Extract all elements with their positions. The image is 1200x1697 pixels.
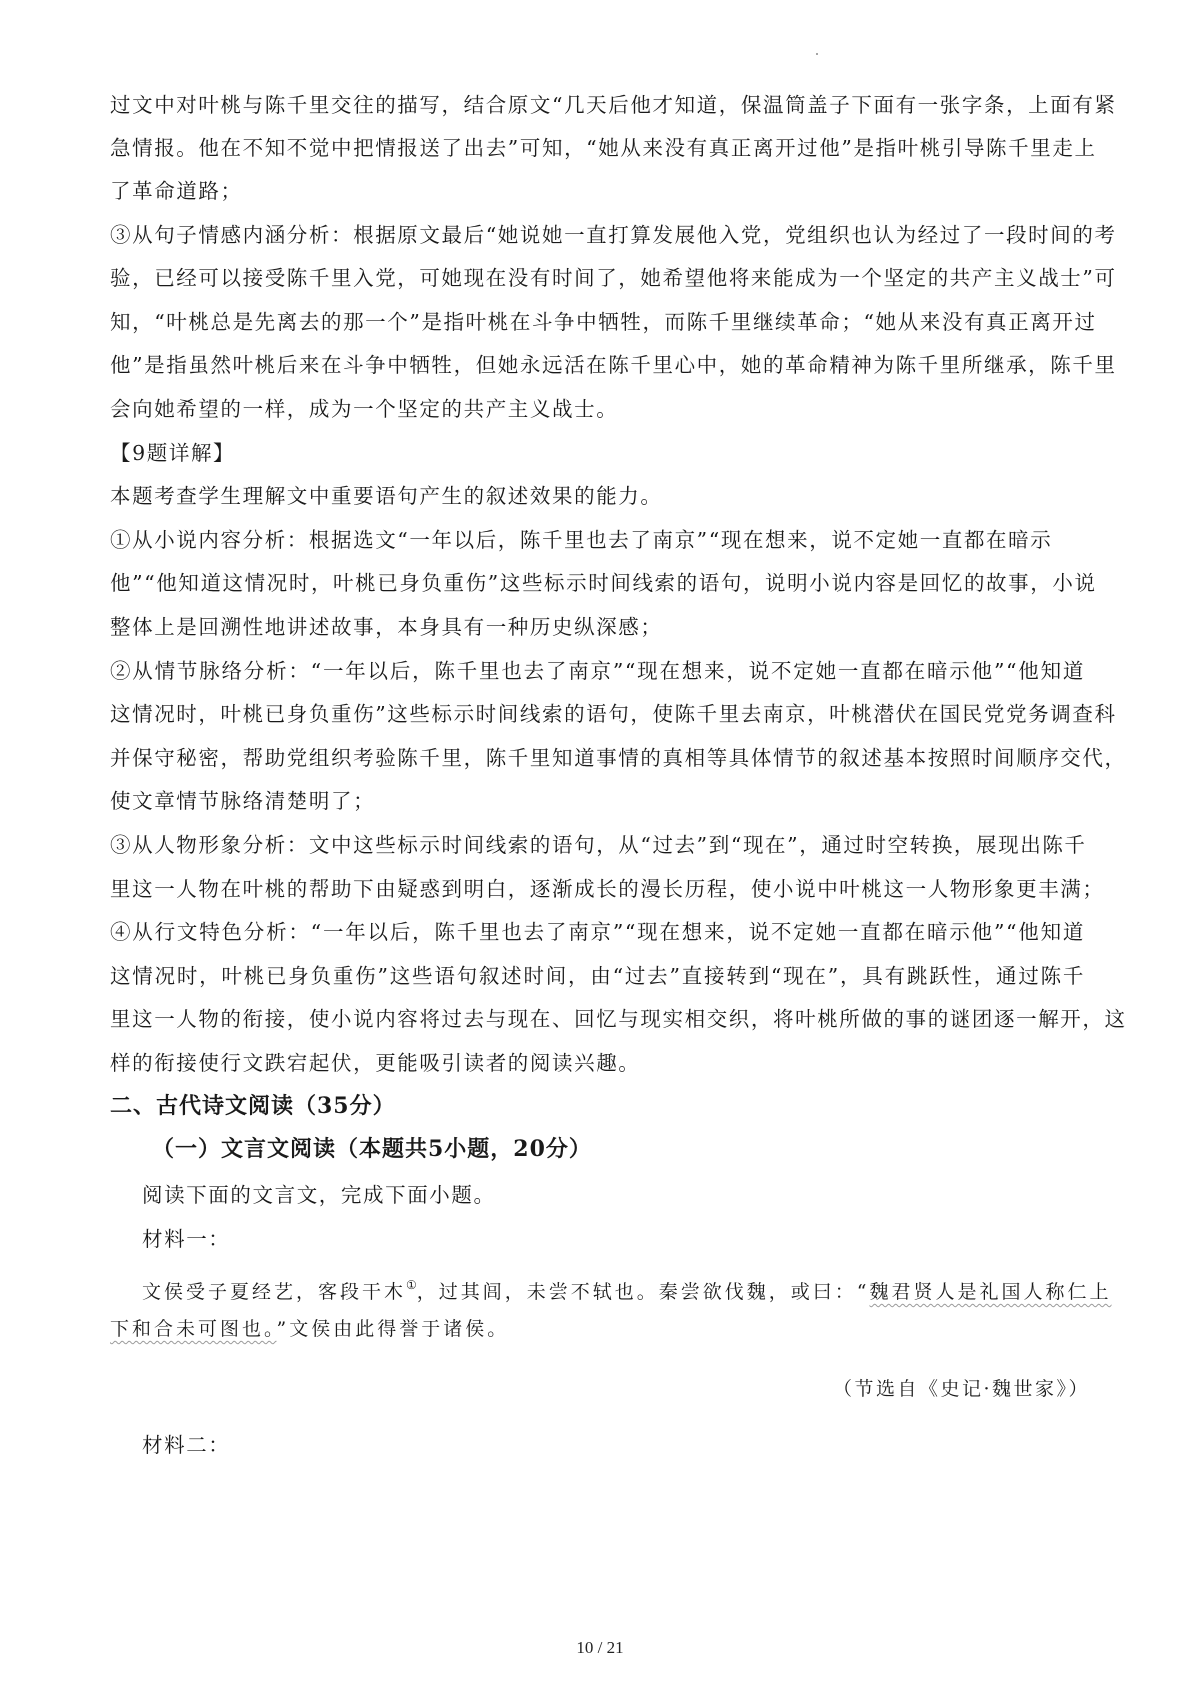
instruction-text: 阅读下面的文言文，完成下面小题。: [142, 1182, 496, 1208]
paragraph-line: 这情况时，叶桃已身负重伤”这些语句叙述时间，由“过去”直接转到“现在”，具有跳跃…: [110, 963, 1085, 989]
material-1-source: （节选自《史记·魏世家》）: [833, 1376, 1090, 1402]
question-9-label: 【9题详解】: [110, 440, 235, 466]
paragraph-line: 他”“他知道这情况时，叶桃已身负重伤”这些标示时间线索的语句，说明小说内容是回忆…: [110, 570, 1085, 596]
paragraph-line: ②从情节脉络分析：“一年以后，陈千里也去了南京”“现在想来，说不定她一直都在暗示…: [110, 658, 1085, 684]
paragraph-line: 里这一人物的衔接，使小说内容将过去与现在、回忆与现实相交织，将叶桃所做的事的谜团…: [110, 1006, 1085, 1032]
underlined-sentence-part2: 下和合未可图也。: [110, 1318, 277, 1340]
paragraph-line: ①从小说内容分析：根据选文“一年以后，陈千里也去了南京”“现在想来，说不定她一直…: [110, 527, 990, 553]
paragraph-line: 整体上是回溯性地讲述故事，本身具有一种历史纵深感；: [110, 614, 663, 640]
material-1-text: 文侯受子夏经艺，客段干木①，过其闾，未尝不轼也。秦尝欲伐魏，或曰：“魏君贤人是礼…: [142, 1272, 1085, 1305]
section-heading: 二、古代诗文阅读（35分）: [110, 1093, 396, 1119]
paragraph-line: 使文章情节脉络清楚明了；: [110, 788, 375, 814]
material-1-part1: 文侯受子夏经艺，客段干木: [142, 1281, 406, 1303]
paragraph-line: 了革命道路；: [110, 178, 243, 204]
scan-speck: [816, 53, 818, 55]
paragraph-line: 本题考查学生理解文中重要语句产生的叙述效果的能力。: [110, 483, 663, 509]
material-1-text-cont: 下和合未可图也。”文侯由此得誉于诸侯。: [110, 1316, 509, 1342]
underlined-sentence-part1: 魏君贤人是礼国人称仁上: [870, 1281, 1112, 1303]
paragraph-line: 他”是指虽然叶桃后来在斗争中牺牲，但她永远活在陈千里心中，她的革命精神为陈千里所…: [110, 352, 1085, 378]
paragraph-line: ④从行文特色分析：“一年以后，陈千里也去了南京”“现在想来，说不定她一直都在暗示…: [110, 919, 1085, 945]
material-2-label: 材料二：: [142, 1432, 230, 1458]
paragraph-line: ③从句子情感内涵分析：根据原文最后“她说她一直打算发展他入党，党组织也认为经过了…: [110, 222, 1085, 248]
material-1-part3: ”文侯由此得誉于诸侯。: [277, 1318, 510, 1340]
paragraph-line: 样的衔接使行文跌宕起伏，更能吸引读者的阅读兴趣。: [110, 1050, 640, 1076]
paragraph-line: 会向她希望的一样，成为一个坚定的共产主义战士。: [110, 396, 618, 422]
paragraph-line: 过文中对叶桃与陈千里交往的描写，结合原文“几天后他才知道，保温筒盖子下面有一张字…: [110, 92, 1085, 118]
paragraph-line: 知，“叶桃总是先离去的那一个”是指叶桃在斗争中牺牲，而陈千里继续革命；“她从来没…: [110, 309, 1085, 335]
material-1-label: 材料一：: [142, 1226, 230, 1252]
page-number: 10 / 21: [0, 1638, 1200, 1658]
paragraph-line: 并保守秘密，帮助党组织考验陈千里，陈千里知道事情的真相等具体情节的叙述基本按照时…: [110, 745, 1085, 771]
paragraph-line: 里这一人物在叶桃的帮助下由疑惑到明白，逐渐成长的漫长历程，使小说中叶桃这一人物形…: [110, 876, 1085, 902]
paragraph-line: 这情况时，叶桃已身负重伤”这些标示时间线索的语句，使陈千里去南京，叶桃潜伏在国民…: [110, 701, 1085, 727]
footnote-marker: ①: [406, 1278, 417, 1292]
material-1-part2: ，过其闾，未尝不轼也。秦尝欲伐魏，或曰：“: [417, 1281, 870, 1303]
paragraph-line: ③从人物形象分析：文中这些标示时间线索的语句，从“过去”到“现在”，通过时空转换…: [110, 832, 1085, 858]
paragraph-line: 急情报。他在不知不觉中把情报送了出去”可知，“她从来没有真正离开过他”是指叶桃引…: [110, 135, 1085, 161]
subsection-heading: （一）文言文阅读（本题共5小题，20分）: [152, 1136, 592, 1162]
paragraph-line: 验，已经可以接受陈千里入党，可她现在没有时间了，她希望他将来能成为一个坚定的共产…: [110, 265, 1085, 291]
